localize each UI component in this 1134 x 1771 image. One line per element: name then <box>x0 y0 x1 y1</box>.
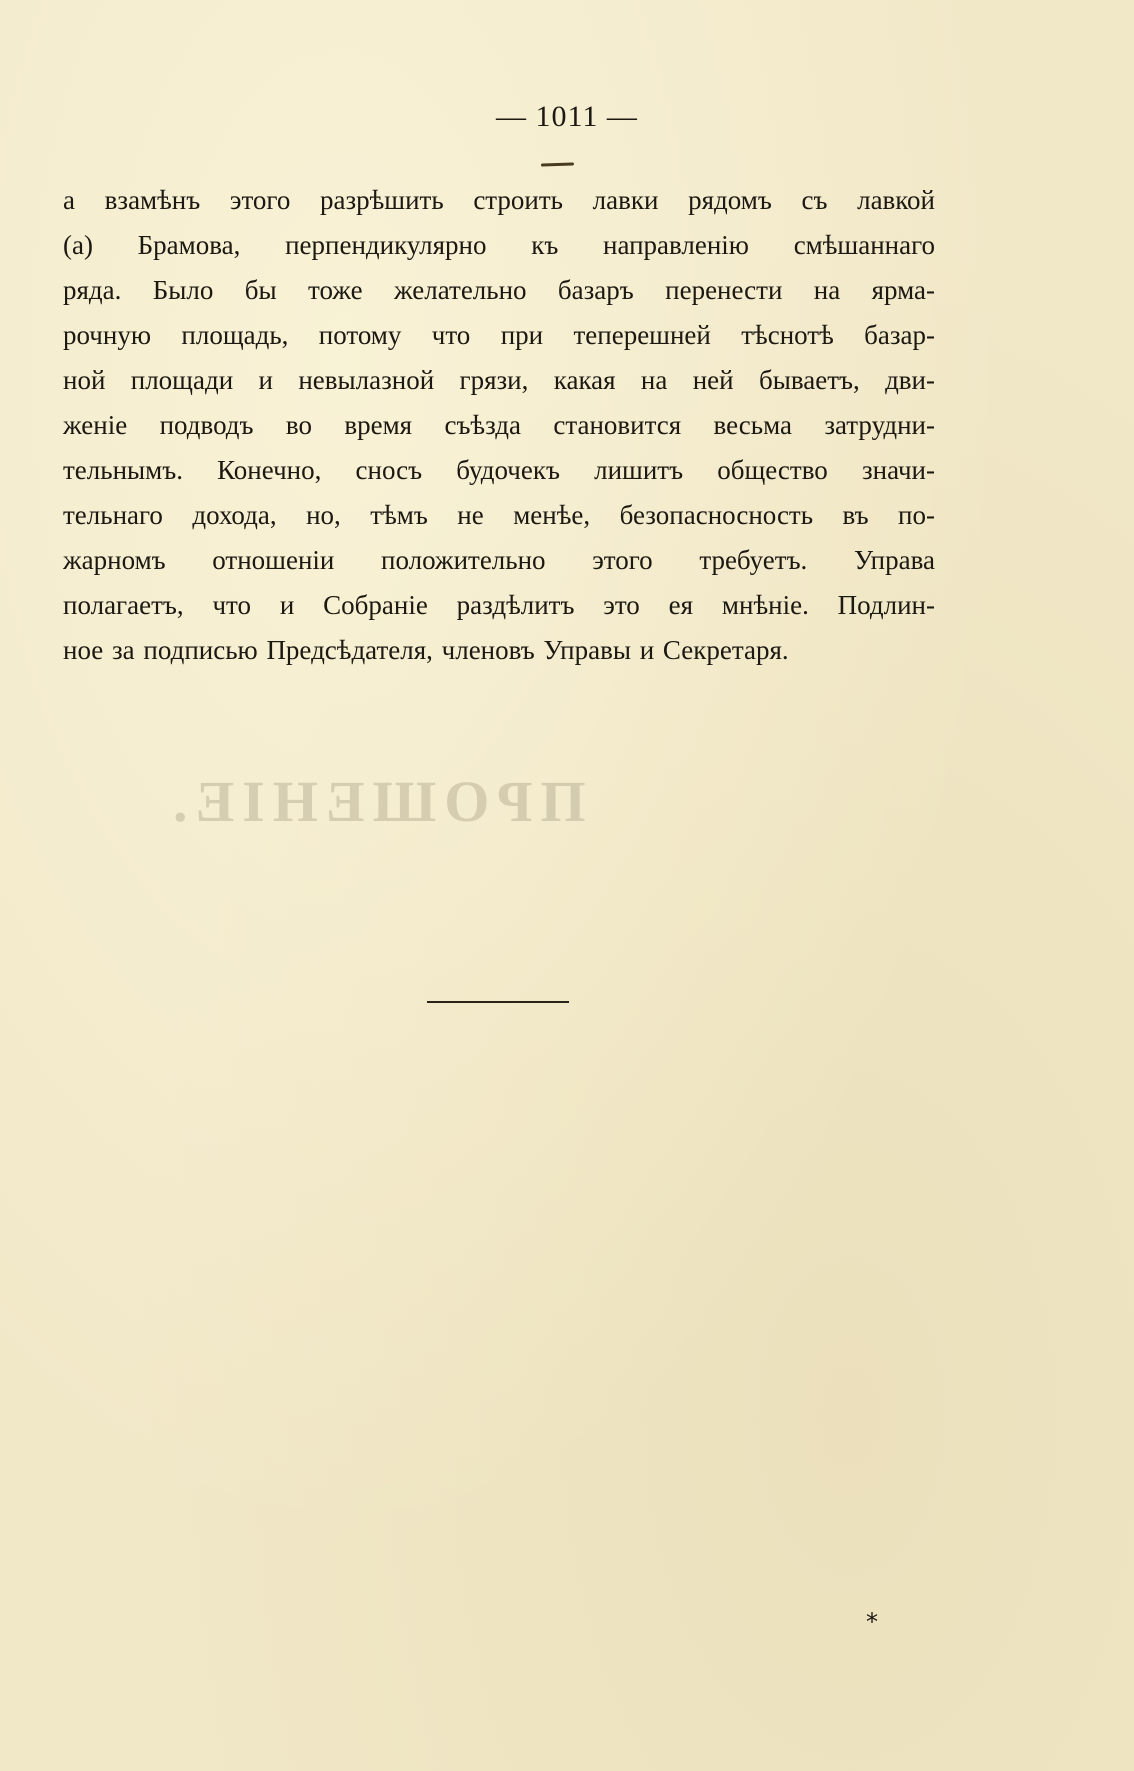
text-line: жарномъ отношеніи положительно этого тре… <box>63 538 935 583</box>
bleed-through-heading: ПРОШЕНІЕ. <box>165 768 586 835</box>
text-line: ряда. Было бы тоже желательно базаръ пер… <box>63 268 935 313</box>
text-line: а взамѣнъ этого разрѣшить строить лавки … <box>63 178 935 223</box>
text-line: женіе подводъ во время съѣзда становится… <box>63 403 935 448</box>
text-line-last: ное за подписью Предсѣдателя, членовъ Уп… <box>63 628 935 673</box>
text-line: рочную площадь, потому что при теперешне… <box>63 313 935 358</box>
text-line: (а) Брамова, перпендикулярно къ направле… <box>63 223 935 268</box>
document-page: ПРОШЕНІЕ. — 1011 — а взамѣнъ этого разрѣ… <box>0 0 1134 1771</box>
section-divider-rule <box>427 1001 569 1003</box>
footer-asterisk: * <box>866 1608 878 1636</box>
text-line: тельнымъ. Конечно, сносъ будочекъ лишитъ… <box>63 448 935 493</box>
page-number: — 1011 — <box>0 100 1134 134</box>
text-line: полагаетъ, что и Собраніе раздѣлитъ это … <box>63 583 935 628</box>
text-line: ной площади и невылазной грязи, какая на… <box>63 358 935 403</box>
body-paragraph: а взамѣнъ этого разрѣшить строить лавки … <box>63 178 935 673</box>
pen-mark <box>541 162 574 166</box>
text-line: тельнаго дохода, но, тѣмъ не менѣе, безо… <box>63 493 935 538</box>
